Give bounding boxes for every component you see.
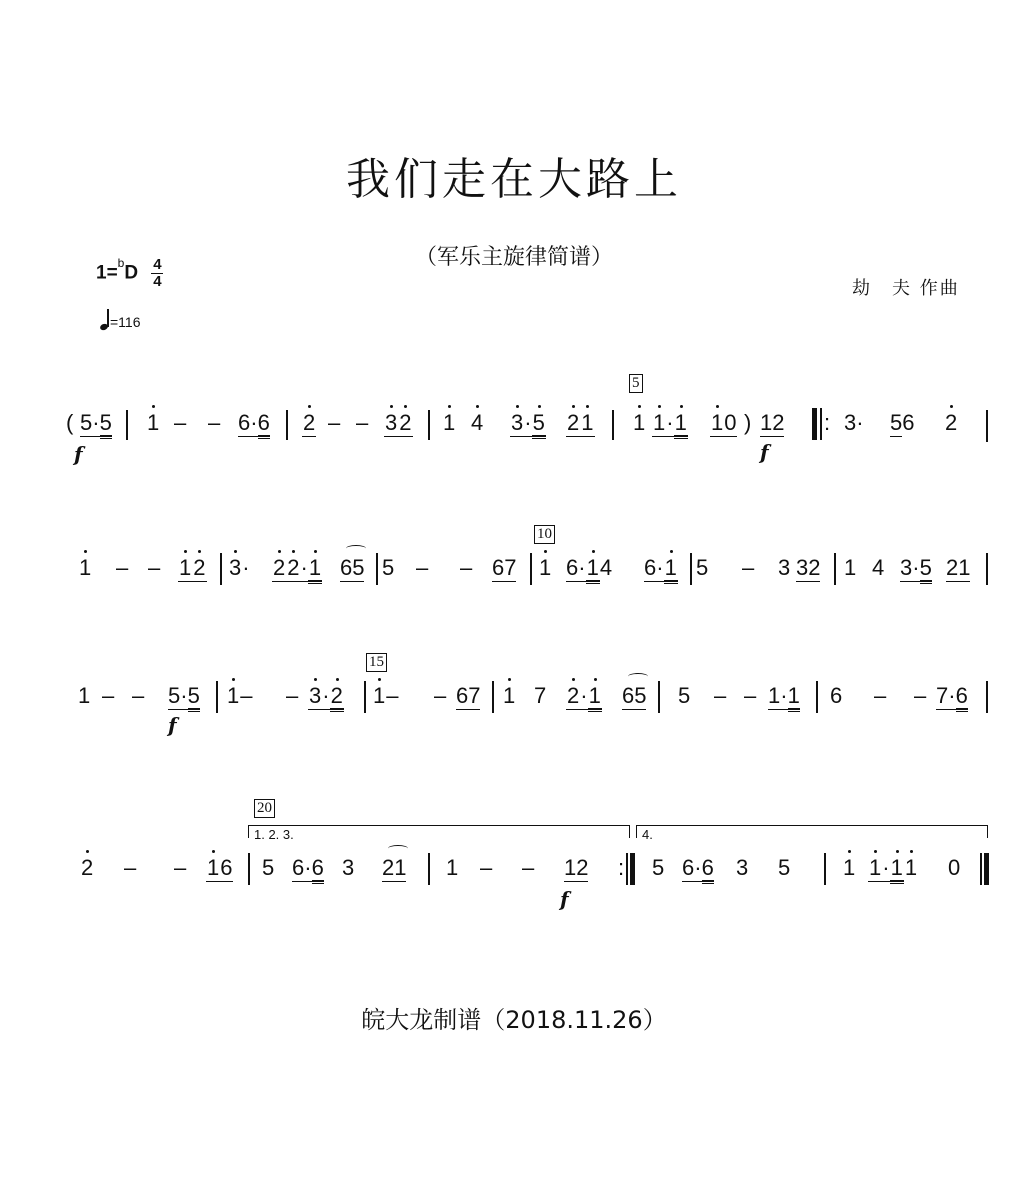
volta-label-2: 4.	[642, 827, 653, 842]
volta-label-1: 1. 2. 3.	[254, 827, 294, 842]
quarter-note-icon	[100, 312, 110, 330]
volta-bracket-2	[636, 825, 988, 838]
composer-credit: 劫 夫 作曲	[852, 274, 960, 300]
key-prefix: 1=	[96, 263, 118, 284]
dynamic-forte: f	[560, 887, 569, 911]
tempo-value: =116	[110, 314, 141, 330]
score-line-1: ( 5·5 f 1 – – 6·6 2 – – 32 1 4 3·5 21 5 …	[66, 410, 991, 470]
key-signature: 1=bD 4 4	[96, 258, 163, 289]
time-top: 4	[151, 258, 163, 272]
score-line-3: 1 – – 5·5 f 1– – 3·2 15 1– – 67 1 7 2·1 …	[66, 683, 991, 743]
dynamic-forte: f	[168, 713, 177, 737]
rehearsal-mark-5: 5	[629, 374, 643, 393]
dynamic-forte: f	[760, 440, 769, 464]
tempo-marking: =116	[100, 312, 141, 330]
score-line-2: 1 – – 12 3· 22·1 65 5 – – 67 10 1 6·14 6…	[66, 555, 991, 615]
volta-bracket-1	[248, 825, 630, 838]
dynamic-forte: f	[74, 442, 83, 466]
rehearsal-mark-15: 15	[366, 653, 387, 672]
score-title: 我们走在大路上	[0, 143, 1028, 207]
time-bottom: 4	[151, 275, 163, 289]
rehearsal-mark-10: 10	[534, 525, 555, 544]
score-line-4: 2 – – 16 20 1. 2. 3. 5 6·6 3 21 1 – – 12…	[66, 855, 991, 925]
score-footer: 皖大龙制谱（2018.11.26）	[0, 1000, 1028, 1035]
key-note: D	[124, 263, 138, 284]
time-signature: 4 4	[151, 258, 163, 289]
rehearsal-mark-20: 20	[254, 799, 275, 818]
flat-sign: b	[118, 256, 125, 270]
